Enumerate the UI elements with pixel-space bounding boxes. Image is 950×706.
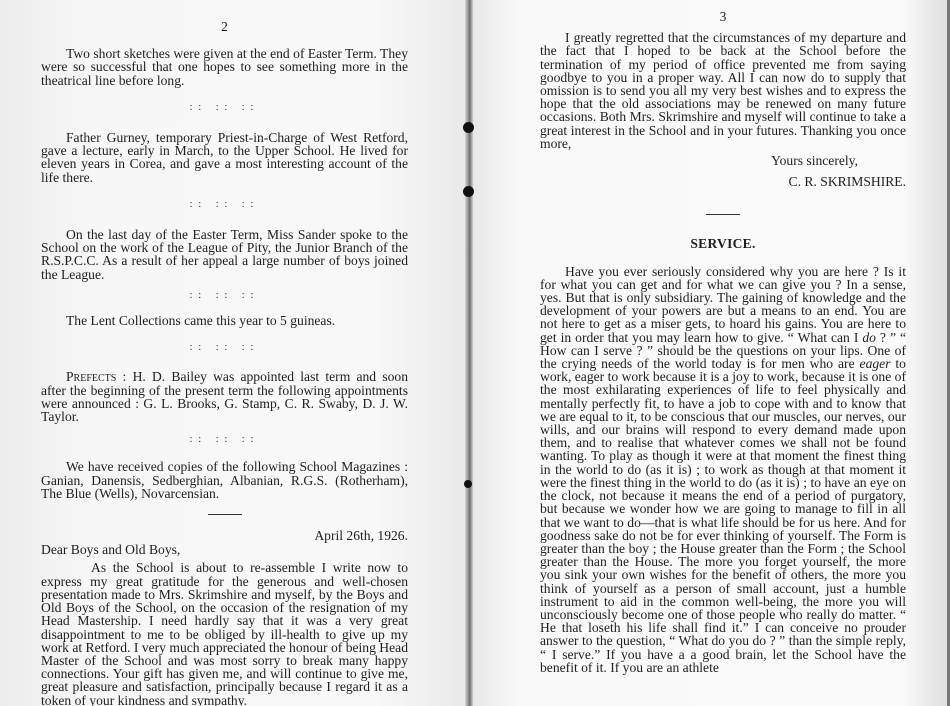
paragraph-prefects: Prefects : H. D. Bailey was appointed la… bbox=[41, 370, 408, 423]
booklet-spread: 2 Two short sketches were given at the e… bbox=[0, 0, 950, 706]
letter-salutation: Dear Boys and Old Boys, bbox=[41, 543, 408, 556]
article-body: Have you ever seriously considered why y… bbox=[540, 265, 906, 674]
paragraph-sander: On the last day of the Easter Term, Miss… bbox=[41, 228, 408, 281]
section-separator: :: :: :: bbox=[41, 289, 408, 302]
section-separator: :: :: :: bbox=[41, 433, 408, 446]
left-page: 2 Two short sketches were given at the e… bbox=[0, 0, 470, 706]
article-text: to work, eager to work because it is a j… bbox=[540, 356, 906, 675]
paragraph-magazines: We have received copies of the following… bbox=[41, 460, 408, 500]
letter-continued: I greatly regretted that the circumstanc… bbox=[540, 31, 906, 150]
letter-closing: Yours sincerely, bbox=[540, 154, 906, 167]
page-number: 3 bbox=[540, 0, 906, 23]
section-separator: :: :: :: bbox=[41, 198, 408, 211]
staple-lower bbox=[464, 480, 472, 488]
left-page-column: 2 Two short sketches were given at the e… bbox=[41, 0, 408, 706]
article-text: Have you ever seriously considered why y… bbox=[540, 264, 906, 345]
page-number: 2 bbox=[41, 0, 408, 33]
paragraph-sketches: Two short sketches were given at the end… bbox=[41, 47, 408, 87]
paragraph-gurney: Father Gurney, temporary Priest-in-Charg… bbox=[41, 131, 408, 184]
right-page: 3 I greatly regretted that the circumsta… bbox=[470, 0, 950, 706]
section-separator: :: :: :: bbox=[41, 101, 408, 114]
staple-bottom bbox=[463, 186, 474, 197]
letter-signature: C. R. SKRIMSHIRE. bbox=[540, 175, 906, 188]
letter-body: As the School is about to re-assemble I … bbox=[41, 561, 408, 706]
staple-top bbox=[463, 122, 474, 133]
booklet-spine bbox=[465, 0, 473, 706]
paragraph-lent: The Lent Collections came this year to 5… bbox=[41, 314, 408, 327]
right-page-column: 3 I greatly regretted that the circumsta… bbox=[540, 0, 906, 674]
article-title: SERVICE. bbox=[540, 237, 906, 250]
section-separator: :: :: :: bbox=[41, 341, 408, 354]
letter-date: April 26th, 1926. bbox=[41, 529, 408, 542]
